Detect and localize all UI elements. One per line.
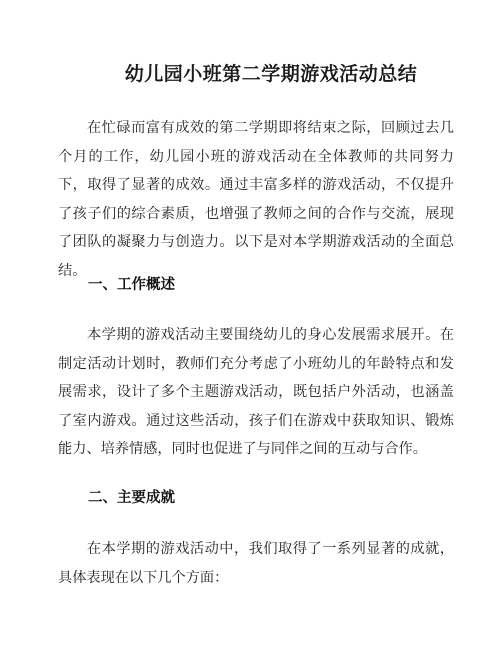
section-paragraph-main-achievements: 在本学期的游戏活动中，我们取得了一系列显著的成就，具体表现在以下几个方面： — [58, 535, 454, 592]
section-heading-work-overview: 一、工作概述 — [88, 275, 175, 295]
intro-paragraph: 在忙碌而富有成效的第二学期即将结束之际，回顾过去几个月的工作，幼儿园小班的游戏活… — [58, 114, 454, 285]
section-paragraph-work-overview: 本学期的游戏活动主要围绕幼儿的身心发展需求展开。在制定活动计划时，教师们充分考虑… — [58, 321, 454, 464]
section-heading-main-achievements: 二、主要成就 — [88, 488, 175, 508]
document-page: 幼儿园小班第二学期游戏活动总结 在忙碌而富有成效的第二学期即将结束之际，回顾过去… — [0, 0, 500, 647]
document-title: 幼儿园小班第二学期游戏活动总结 — [0, 60, 500, 88]
